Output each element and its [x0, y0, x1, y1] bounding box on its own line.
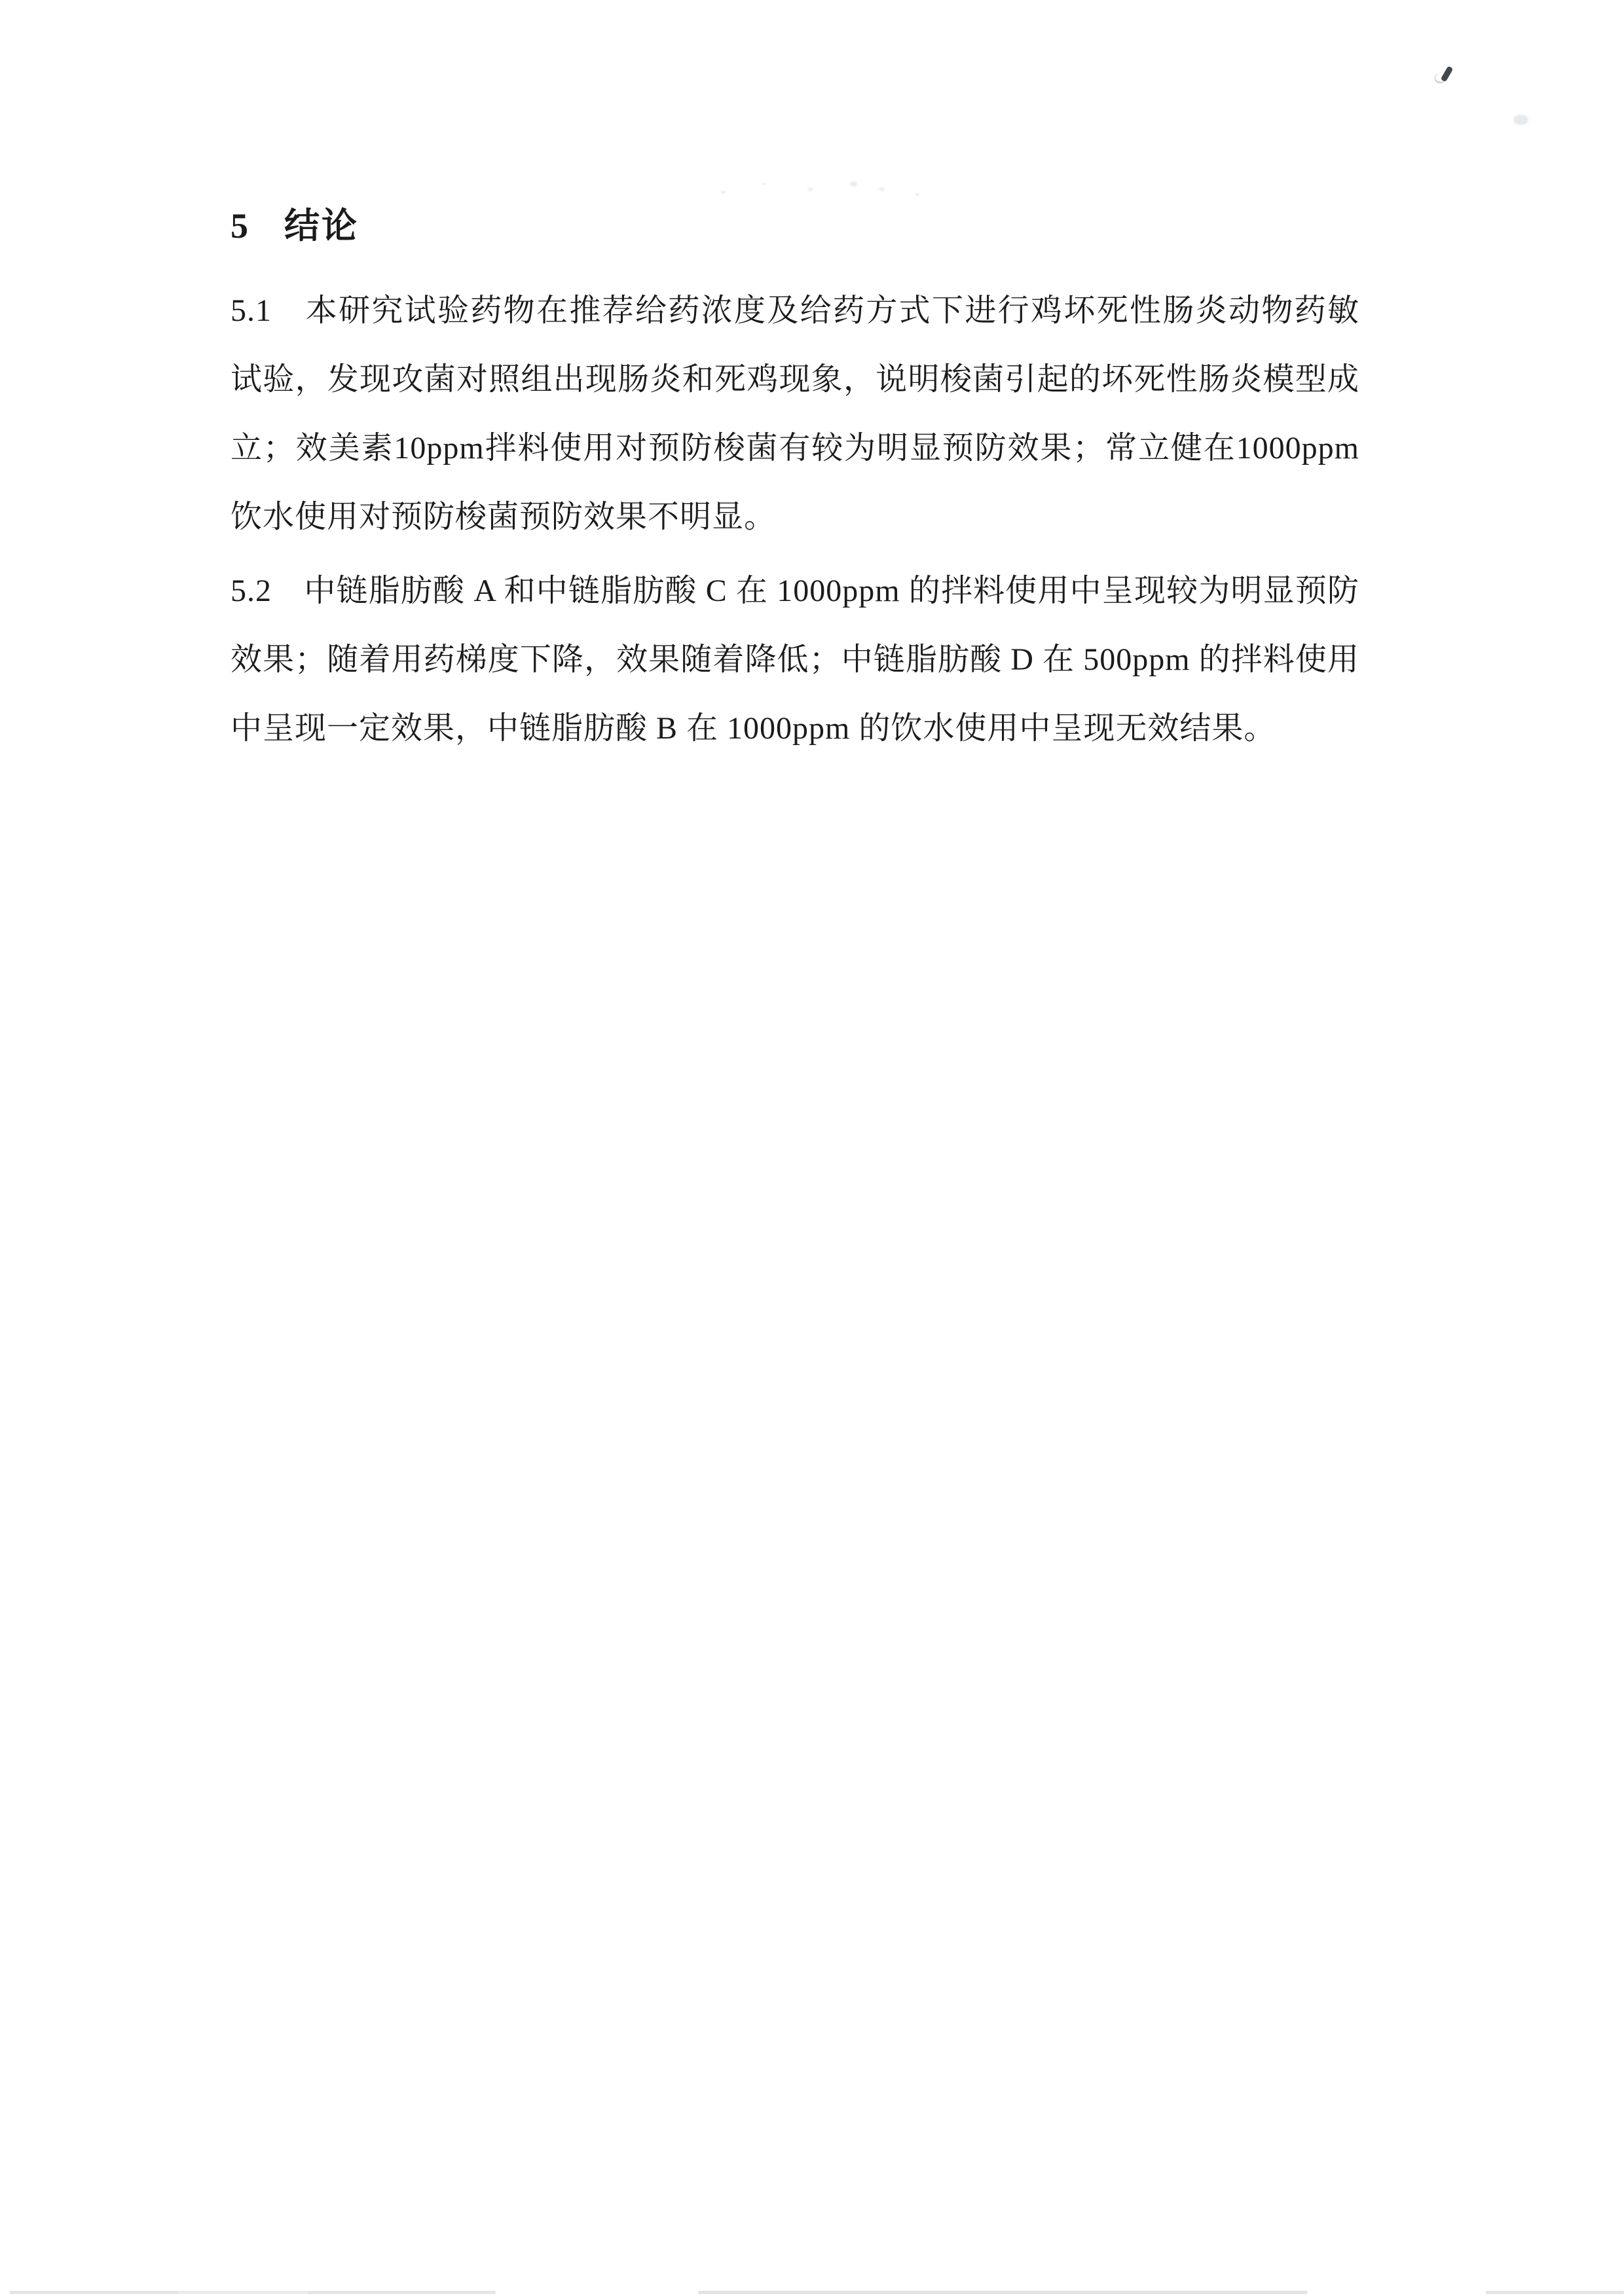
paragraph-5-1-line-4: 饮水使用对预防梭菌预防效果不明显。: [231, 483, 1359, 551]
paragraph-5-2: 5.2 中链脂肪酸 A 和中链脂肪酸 C 在 1000ppm 的拌料使用中呈现较…: [231, 556, 1359, 763]
section-heading: 5结论: [231, 203, 359, 249]
paragraph-5-1-line-3: 立；效美素10ppm拌料使用对预防梭菌有较为明显预防效果；常立健在1000ppm: [231, 414, 1359, 483]
paragraph-5-1: 5.1 本研究试验药物在推荐给药浓度及给药方式下进行鸡坏死性肠炎动物药敏 试验，…: [231, 276, 1359, 551]
paragraph-5-1-line-1: 5.1 本研究试验药物在推荐给药浓度及给药方式下进行鸡坏死性肠炎动物药敏: [231, 276, 1359, 345]
document-page: 5结论 5.1 本研究试验药物在推荐给药浓度及给药方式下进行鸡坏死性肠炎动物药敏…: [0, 0, 1624, 2296]
paragraph-5-1-line-2: 试验，发现攻菌对照组出现肠炎和死鸡现象，说明梭菌引起的坏死性肠炎模型成: [231, 345, 1359, 414]
paragraph-5-2-line-1: 5.2 中链脂肪酸 A 和中链脂肪酸 C 在 1000ppm 的拌料使用中呈现较…: [231, 556, 1359, 625]
scan-speck-blob: [1513, 115, 1528, 125]
section-number: 5: [231, 203, 250, 249]
scanner-bottom-edge: [0, 2291, 1624, 2294]
paragraph-5-2-line-3: 中呈现一定效果，中链脂肪酸 B 在 1000ppm 的饮水使用中呈现无效结果。: [231, 694, 1359, 763]
paragraph-5-2-line-2: 效果；随着用药梯度下降，效果随着降低；中链脂肪酸 D 在 500ppm 的拌料使…: [231, 625, 1359, 694]
scan-speck-slash-icon: [1441, 65, 1454, 82]
section-title: 结论: [284, 206, 359, 246]
scan-smudge: [693, 167, 948, 208]
